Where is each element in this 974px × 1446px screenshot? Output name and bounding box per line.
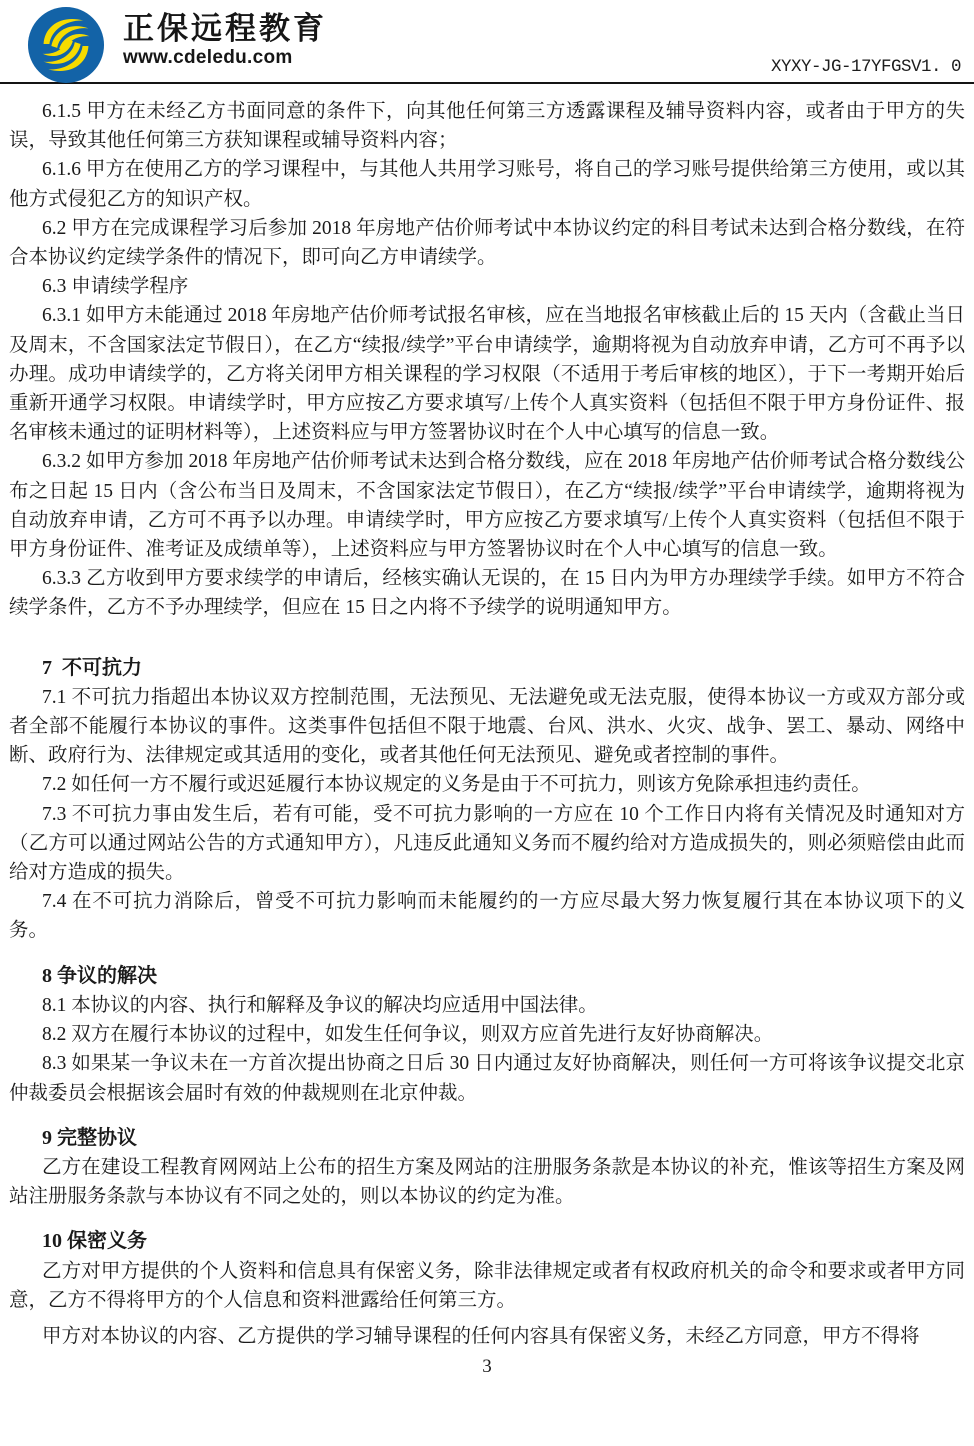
clause-paragraph: 8.1 本协议的内容、执行和解释及争议的解决均应适用中国法律。 (9, 991, 965, 1020)
clause-paragraph: 6.3.3 乙方收到甲方要求续学的申请后，经核实确认无误的，在 15 日内为甲方… (9, 564, 965, 622)
clause-paragraph: 6.2 甲方在完成课程学习后参加 2018 年房地产估价师考试中本协议约定的科目… (9, 214, 965, 272)
clause-paragraph: 7.2 如任何一方不履行或迟延履行本协议规定的义务是由于不可抗力，则该方免除承担… (9, 770, 965, 799)
brand-logo-icon (26, 6, 106, 84)
clause-paragraph: 8.3 如果某一争议未在一方首次提出协商之日后 30 日内通过友好协商解决，则任… (9, 1049, 965, 1107)
clause-paragraph: 7.4 在不可抗力消除后，曾受不可抗力影响而未能履约的一方应尽最大努力恢复履行其… (9, 887, 965, 945)
page-header: 正保远程教育 www.cdeledu.com XYXY-JG-17YFGSV1.… (0, 0, 974, 84)
section-heading: 7 不可抗力 (9, 654, 965, 683)
clause-paragraph: 6.3 申请续学程序 (9, 272, 965, 301)
section-heading: 9 完整协议 (9, 1124, 965, 1153)
clause-paragraph: 6.3.2 如甲方参加 2018 年房地产估价师考试未达到合格分数线，应在 20… (9, 447, 965, 564)
document-page: 正保远程教育 www.cdeledu.com XYXY-JG-17YFGSV1.… (0, 0, 974, 1446)
clause-paragraph: 6.3.1 如甲方未能通过 2018 年房地产估价师考试报名审核，应在当地报名审… (9, 301, 965, 447)
clause-paragraph: 6.1.5 甲方在未经乙方书面同意的条件下，向其他任何第三方透露课程及辅导资料内… (9, 97, 965, 155)
clause-paragraph: 7.1 不可抗力指超出本协议双方控制范围，无法预见、无法避免或无法克服，使得本协… (9, 683, 965, 771)
brand-text: 正保远程教育 www.cdeledu.com (123, 5, 327, 69)
brand-name: 正保远程教育 (123, 11, 327, 47)
page-number: 3 (0, 1356, 974, 1378)
clause-paragraph: 乙方在建设工程教育网网站上公布的招生方案及网站的注册服务条款是本协议的补充，惟该… (9, 1153, 965, 1211)
document-body: 6.1.5 甲方在未经乙方书面同意的条件下，向其他任何第三方透露课程及辅导资料内… (0, 84, 974, 1351)
clause-paragraph: 6.1.6 甲方在使用乙方的学习课程中，与其他人共用学习账号，将自己的学习账号提… (9, 155, 965, 213)
section-heading: 8 争议的解决 (9, 962, 965, 991)
clause-paragraph: 乙方对甲方提供的个人资料和信息具有保密义务，除非法律规定或者有权政府机关的命令和… (9, 1257, 965, 1315)
clause-paragraph: 7.3 不可抗力事由发生后，若有可能，受不可抗力影响的一方应在 10 个工作日内… (9, 800, 965, 888)
brand-url: www.cdeledu.com (123, 47, 327, 70)
document-code: XYXY-JG-17YFGSV1. 0 (771, 57, 961, 77)
section-heading: 10 保密义务 (9, 1227, 965, 1256)
clause-paragraph: 甲方对本协议的内容、乙方提供的学习辅导课程的任何内容具有保密义务，未经乙方同意，… (9, 1322, 965, 1351)
clause-paragraph: 8.2 双方在履行本协议的过程中，如发生任何争议，则双方应首先进行友好协商解决。 (9, 1020, 965, 1049)
